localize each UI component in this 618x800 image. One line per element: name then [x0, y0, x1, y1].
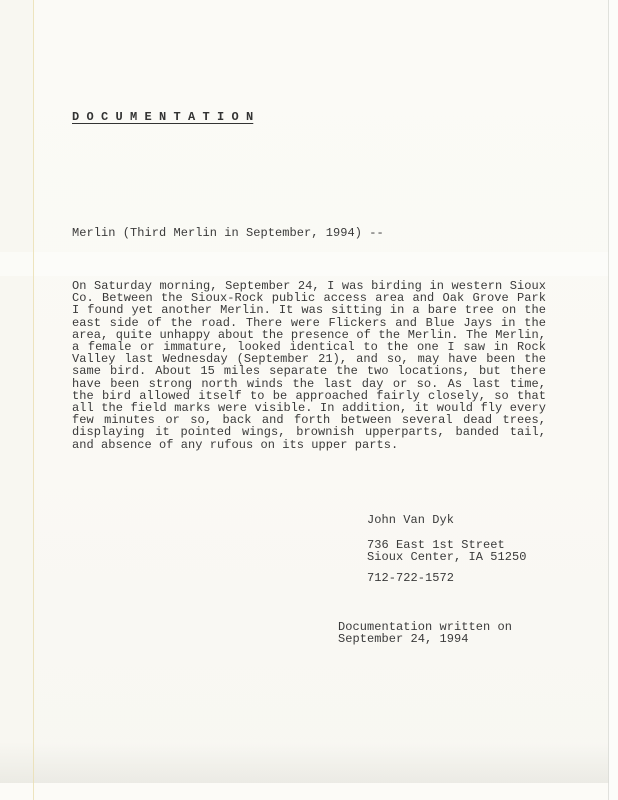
scanned-document-page: D O C U M E N T A T I O N Merlin (Third …	[0, 0, 618, 800]
body-line: and absence of any rufous on its upper p…	[72, 439, 546, 451]
scan-light-band	[0, 252, 618, 276]
body-line: displaying it pointed wings, brownish up…	[72, 426, 546, 438]
body-line: I found yet another Merlin. It was sitti…	[72, 304, 546, 316]
scan-left-margin-strip	[0, 0, 33, 800]
scan-bottom-shadow-band	[0, 742, 618, 783]
signature-address-line2: Sioux Center, IA 51250	[367, 551, 587, 563]
signature-address: 736 East 1st Street Sioux Center, IA 512…	[367, 539, 587, 563]
footer-note: Documentation written on September 24, 1…	[338, 621, 578, 645]
document-heading: D O C U M E N T A T I O N	[72, 111, 253, 123]
body-paragraph: On Saturday morning, September 24, I was…	[72, 280, 546, 451]
footer-note-line2: September 24, 1994	[338, 633, 578, 645]
body-line: east side of the road. There were Flicke…	[72, 317, 546, 329]
body-line: same bird. About 15 miles separate the t…	[72, 365, 546, 377]
page-left-edge-line	[33, 0, 34, 800]
body-line: have been strong north winds the last da…	[72, 378, 546, 390]
scan-right-margin-strip	[609, 0, 618, 800]
signature-phone: 712-722-1572	[367, 572, 454, 584]
scan-bottom-strip	[0, 783, 618, 800]
signature-name: John Van Dyk	[367, 514, 454, 526]
subject-line: Merlin (Third Merlin in September, 1994)…	[72, 227, 384, 239]
